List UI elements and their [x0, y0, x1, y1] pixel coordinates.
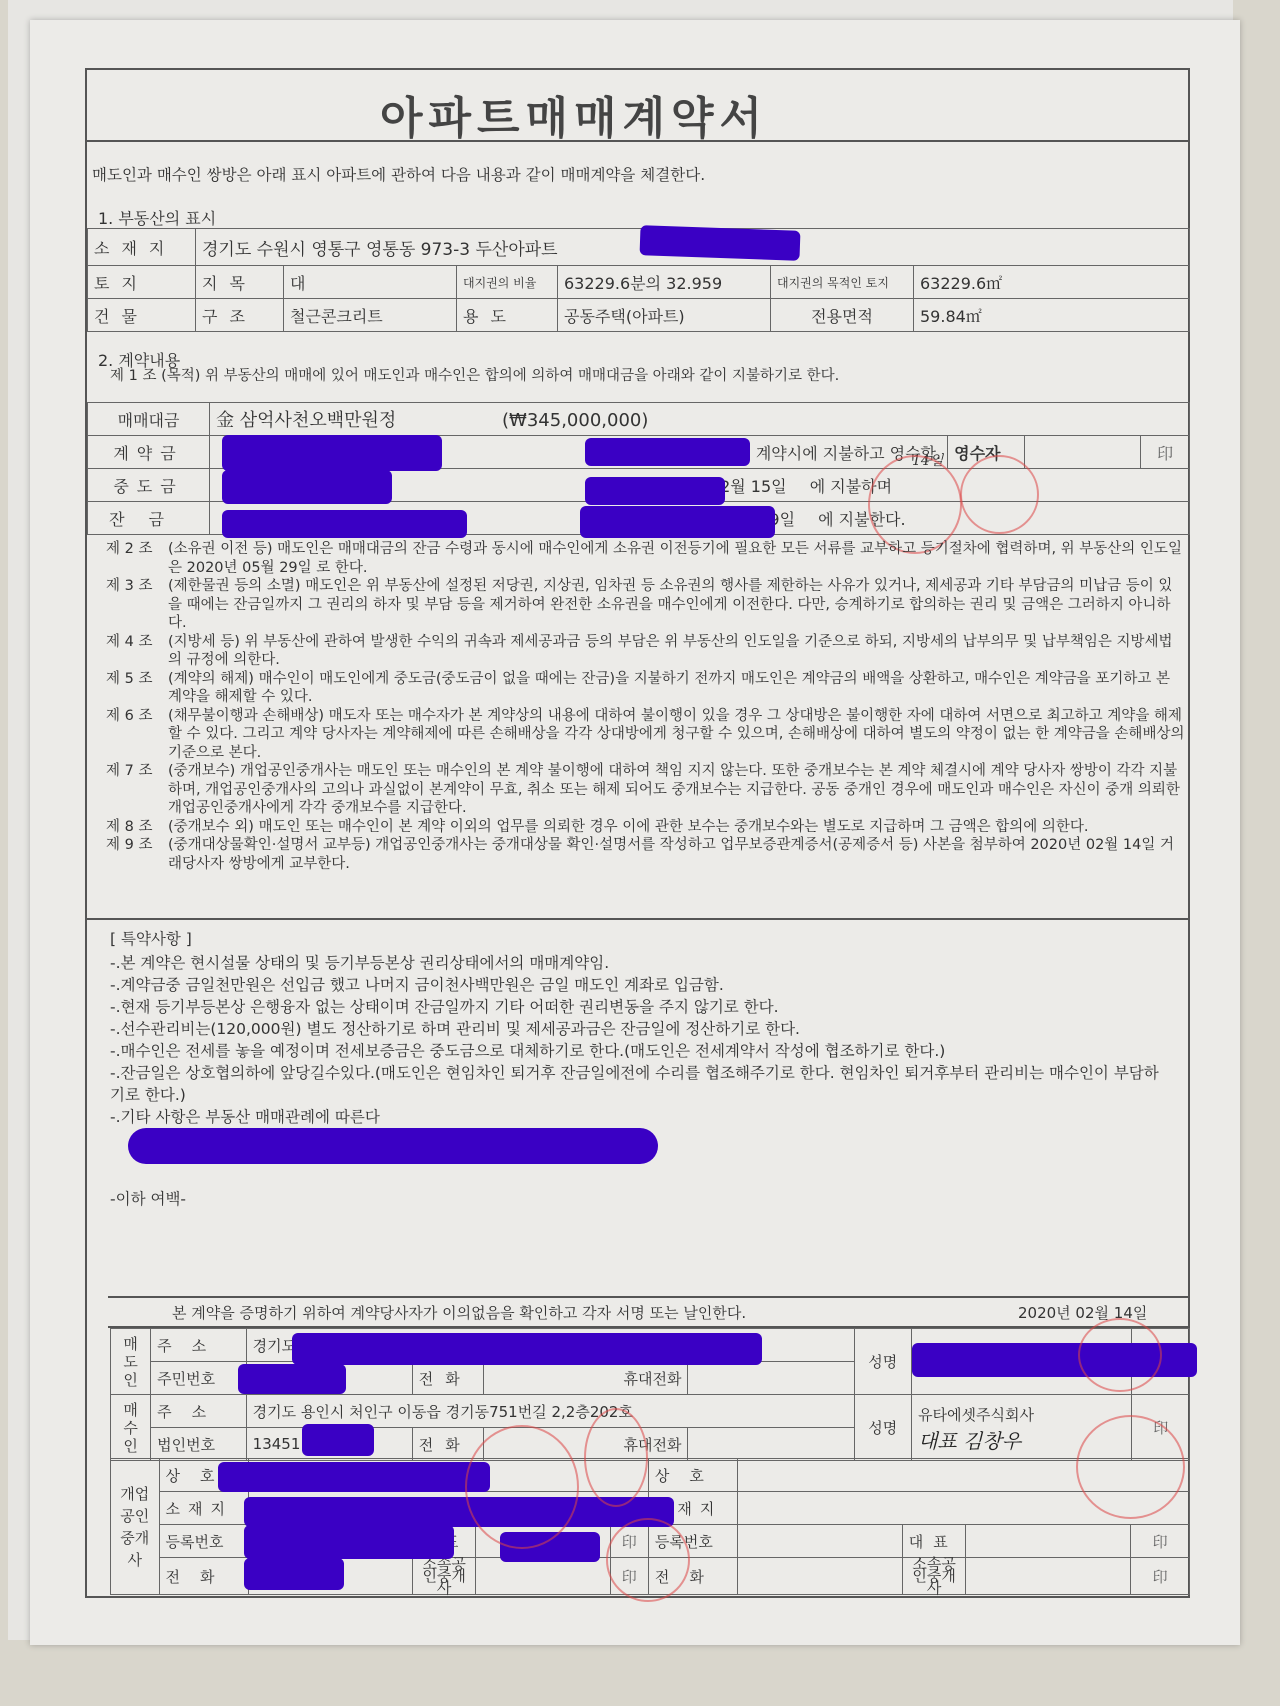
redaction-reg-no — [244, 1525, 454, 1559]
seller-label: 매도인 — [111, 1329, 151, 1395]
red-seal-stamp — [1076, 1415, 1185, 1519]
special-term-item: -.계약금중 금일천만원은 선입금 했고 나머지 금이천사백만원은 금일 매도인… — [110, 974, 1190, 996]
agent-label: 소속공인중개사 — [902, 1558, 966, 1595]
red-seal-stamp — [960, 455, 1039, 534]
red-seal-stamp — [606, 1518, 690, 1602]
article-item: 제 8 조(중개보수 외) 매도인 또는 매수인이 본 계약 이외의 업무를 의… — [106, 818, 1186, 837]
structure-label: 구조 — [196, 299, 284, 332]
special-term-item: -.매수인은 전세를 놓을 예정이며 전세보증금은 중도금으로 대체하기로 한다… — [110, 1040, 1190, 1062]
land-ratio-value: 63229.6분의 32.959 — [558, 266, 771, 299]
rep-value-2 — [966, 1525, 1131, 1558]
red-seal-stamp — [1078, 1318, 1162, 1392]
section1-heading: 1. 부동산의 표시 — [98, 206, 216, 229]
special-term-item: -.기타 사항은 부동산 매매관례에 따른다 — [110, 1106, 1190, 1128]
redaction-corp-no — [302, 1424, 374, 1456]
trade-name-label: 상호 — [648, 1459, 737, 1492]
mobile-value — [688, 1362, 854, 1395]
article-1: 제 1 조 (목적) 위 부동산의 매매에 있어 매도인과 매수인은 합의에 의… — [110, 364, 839, 385]
area-value: 59.84㎡ — [914, 299, 1190, 332]
property-table: 소재지 경기도 수원시 영통구 영통동 973-3 두산아파트 토지 지목 대 … — [87, 228, 1190, 332]
deposit-label: 계약금 — [88, 436, 210, 469]
rep-label: 대표 — [902, 1525, 966, 1558]
article-item: 제 9 조(중개대상물확인·설명서 교부등) 개업공인중개사는 중개대상물 확인… — [106, 836, 1186, 873]
seal-mark: 印 — [1131, 1558, 1190, 1595]
seal-mark: 印 — [1141, 436, 1190, 469]
land-ratio-label: 대지권의 비율 — [457, 266, 558, 299]
location-label: 소재지 — [88, 229, 196, 266]
phone-label: 전화 — [159, 1558, 248, 1595]
agent-label: 소속공인중개사 — [413, 1558, 476, 1595]
land-label: 토지 — [88, 266, 196, 299]
article-item: 제 5 조(계약의 해제) 매수인이 매도인에게 중도금(중도금이 없을 때에는… — [106, 670, 1186, 707]
office-label: 소재지 — [159, 1492, 248, 1525]
redaction-interim-number — [585, 477, 725, 505]
article-item: 제 2 조(소유권 이전 등) 매도인은 매매대금의 잔금 수령과 동시에 매수… — [106, 540, 1186, 577]
name-label: 성명 — [854, 1329, 912, 1395]
redaction-balance-korean — [222, 510, 467, 538]
broker-label: 개업공인중개사 — [111, 1459, 160, 1595]
divider — [87, 918, 1190, 920]
divider — [108, 1296, 1190, 1298]
article-item: 제 3 조(제한물권 등의 소멸) 매도인은 위 부동산에 설정된 저당권, 지… — [106, 577, 1186, 633]
special-terms-heading: [ 특약사항 ] — [110, 928, 1190, 950]
land-category-label: 지목 — [196, 266, 284, 299]
special-terms: [ 특약사항 ] -.본 계약은 현시설물 상태의 및 등기부등본상 권리상태에… — [110, 928, 1190, 1210]
article-item: 제 7 조(중개보수) 개업공인중개사는 매도인 또는 매수인의 본 계약 불이… — [106, 762, 1186, 818]
articles-list: 제 2 조(소유권 이전 등) 매도인은 매매대금의 잔금 수령과 동시에 매수… — [106, 540, 1186, 873]
agent-value — [476, 1558, 610, 1595]
land-target-label: 대지권의 목적인 토지 — [771, 266, 914, 299]
structure-value: 철근콘크리트 — [284, 299, 457, 332]
mobile-value — [688, 1428, 854, 1461]
land-target-value: 63229.6㎡ — [914, 266, 1190, 299]
buyer-address: 경기도 용인시 처인구 이동읍 경기동751번길 2,2층202호 — [246, 1395, 854, 1428]
price-value: 金 삼억사천오백만원정 (₩345,000,000) — [210, 403, 1190, 436]
price-label: 매매대금 — [88, 403, 210, 436]
redaction-deposit-korean — [222, 435, 442, 471]
phone-label: 전화 — [412, 1362, 484, 1395]
article-item: 제 4 조(지방세 등) 위 부동산에 관하여 발생한 수익의 귀속과 제세공과… — [106, 633, 1186, 670]
address-label: 주소 — [151, 1329, 247, 1362]
redaction-seller-address — [292, 1333, 762, 1365]
divider — [85, 140, 1190, 142]
balance-label: 잔금 — [88, 502, 210, 535]
corp-no-label: 법인번호 — [151, 1428, 247, 1461]
redaction-trade-name — [218, 1462, 490, 1492]
special-term-item: -.현재 등기부등본상 은행융자 없는 상태이며 잔금일까지 기타 어떠한 권리… — [110, 996, 1190, 1018]
redaction-interim-korean — [222, 470, 392, 504]
red-seal-stamp — [465, 1425, 579, 1549]
buyer-label: 매수인 — [111, 1395, 151, 1461]
agent-value-2 — [966, 1558, 1131, 1595]
special-term-item: -.본 계약은 현시설물 상태의 및 등기부등본상 권리상태에서의 매매계약임. — [110, 952, 1190, 974]
redaction-resident-no — [238, 1364, 346, 1394]
special-term-item: -.잔금일은 상호협의하에 앞당길수있다.(매도인은 현임차인 퇴거후 잔금일에… — [110, 1062, 1160, 1106]
redaction-unit — [640, 225, 801, 261]
special-term-item: -.선수관리비는(120,000원) 별도 정산하기로 하며 관리비 및 제세공… — [110, 1018, 1190, 1040]
article-item: 제 6 조(채무불이행과 손해배상) 매도자 또는 매수자가 본 계약상의 내용… — [106, 707, 1186, 763]
redaction-phone — [244, 1558, 344, 1590]
land-category-value: 대 — [284, 266, 457, 299]
intro-text: 매도인과 매수인 쌍방은 아래 표시 아파트에 관하여 다음 내용과 같이 매매… — [92, 163, 705, 185]
document-title: 아파트매매계약서 — [380, 82, 768, 146]
redaction-deposit-number — [585, 438, 750, 466]
seal-mark: 印 — [1131, 1525, 1190, 1558]
redaction-balance-number — [580, 506, 775, 538]
buyer-name: 유타에셋주식회사 — [918, 1402, 1125, 1428]
interim-label: 중도금 — [88, 469, 210, 502]
redaction-special-note — [128, 1128, 658, 1164]
name-label: 성명 — [854, 1395, 912, 1461]
use-value: 공동주택(아파트) — [558, 299, 771, 332]
address-label: 주소 — [151, 1395, 247, 1428]
phone-value-2 — [737, 1558, 902, 1595]
mobile-label: 휴대전화 — [484, 1362, 688, 1395]
building-label: 건물 — [88, 299, 196, 332]
signature-statement: 본 계약을 증명하기 위하여 계약당사자가 이의없음을 확인하고 각자 서명 또… — [172, 1302, 746, 1323]
reg-no-value-2 — [737, 1525, 902, 1558]
area-label: 전용면적 — [771, 299, 914, 332]
reg-no-label: 등록번호 — [159, 1525, 248, 1558]
resident-no-label: 주민번호 — [151, 1362, 247, 1395]
red-seal-stamp — [584, 1408, 648, 1507]
use-label: 용도 — [457, 299, 558, 332]
receiver-value — [1024, 436, 1140, 469]
end-note: -이하 여백- — [110, 1188, 1190, 1210]
